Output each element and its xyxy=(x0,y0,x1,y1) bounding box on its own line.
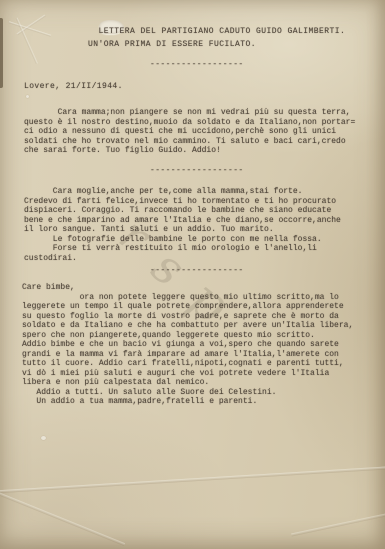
paper-speck xyxy=(26,95,29,98)
paper-crease xyxy=(16,15,45,35)
paper-crease xyxy=(0,487,125,546)
paper-speck xyxy=(41,436,46,440)
paper-crease xyxy=(0,465,385,494)
paper-crease xyxy=(16,18,38,64)
dateline: Lovere, 21/II/1944. xyxy=(24,82,123,91)
paragraph-to-daughters: Care bimbe, ora non potete leggere quest… xyxy=(22,283,353,407)
paragraph-to-wife: Cara moglie,anche per te,come alla mamma… xyxy=(24,187,341,263)
separator-1: ------------------ xyxy=(150,60,244,69)
paper-crease xyxy=(9,21,51,36)
separator-3: ------------------ xyxy=(150,266,244,275)
letter-title: LETTERA DEL PARTIGIANO CADUTO GUIDO GALI… xyxy=(88,25,345,51)
paper-crease xyxy=(291,507,385,537)
letter-page: r s p LETTERA DEL PARTIGIANO CADUTO GUID… xyxy=(0,0,385,549)
separator-2: ------------------ xyxy=(150,166,244,175)
paragraph-to-mother: Cara mamma;non piangere se non mi vedrai… xyxy=(24,108,355,156)
paper-edge-shadow xyxy=(0,18,3,88)
